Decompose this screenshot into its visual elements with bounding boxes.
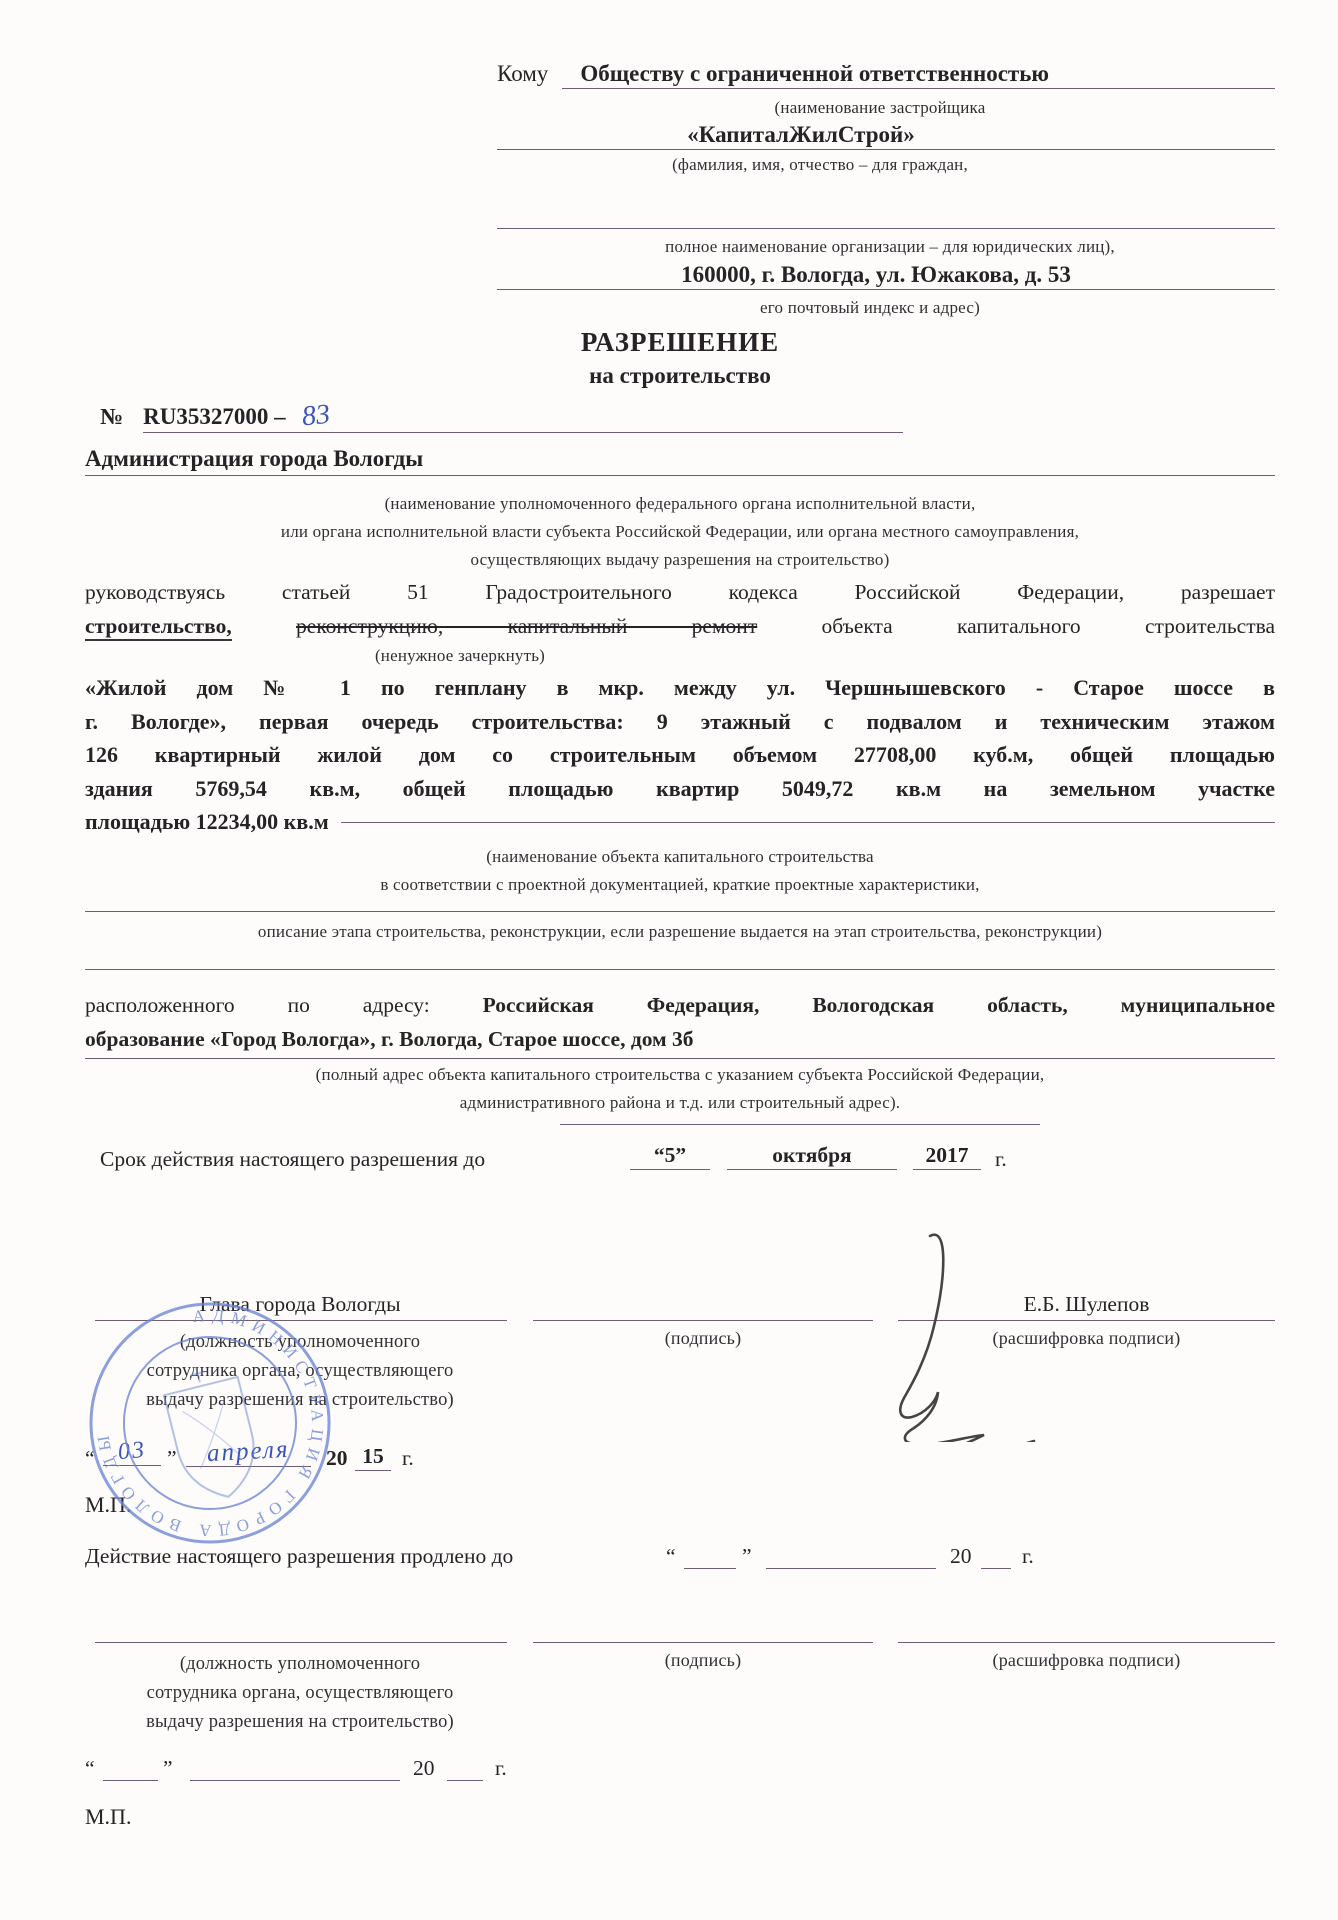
date1-quote-close: ” bbox=[167, 1444, 177, 1472]
address-line-2: образование «Город Вологда», г. Вологда,… bbox=[85, 1022, 1275, 1059]
stamp-place-note-1: М.П. bbox=[85, 1492, 131, 1518]
signature-line-position bbox=[95, 1320, 507, 1321]
ext-century: 20 bbox=[950, 1542, 972, 1570]
caption-postal: его почтовый индекс и адрес) bbox=[540, 297, 1200, 318]
position2-caption-1: (должность уполномоченного bbox=[85, 1650, 515, 1679]
handwritten-month: апреля bbox=[207, 1436, 291, 1468]
object-caption-1: (наименование объекта капитального строи… bbox=[85, 846, 1275, 867]
permit-number-handwritten: 83 bbox=[300, 399, 331, 434]
date2-quote-close: ” bbox=[163, 1754, 173, 1782]
signature-line-name-2 bbox=[898, 1642, 1275, 1643]
position-caption: (должность уполномоченного сотрудника ор… bbox=[85, 1328, 515, 1415]
section-rule bbox=[85, 911, 1275, 912]
ext-quote-open: “ bbox=[666, 1542, 676, 1570]
authority-caption-1: (наименование уполномоченного федерально… bbox=[85, 493, 1275, 514]
stamp-outer-ring bbox=[66, 1279, 355, 1568]
validity-month: октября bbox=[727, 1141, 897, 1170]
object-caption-2: в соответствии с проектной документацией… bbox=[85, 874, 1275, 895]
date1-century: 20 bbox=[326, 1444, 348, 1472]
action-struck: реконструкцию, капитальный ремонт bbox=[296, 614, 757, 638]
blank-field-line bbox=[341, 822, 1275, 823]
blank-field-line bbox=[497, 228, 1275, 229]
recipient-postal-address: 160000, г. Вологда, ул. Южакова, д. 53 bbox=[497, 261, 1275, 290]
blank-month-field-2 bbox=[190, 1754, 400, 1781]
validity-suffix: г. bbox=[995, 1145, 1007, 1173]
located-prefix: расположенного по адресу: bbox=[85, 993, 430, 1017]
ext-suffix: г. bbox=[1022, 1542, 1034, 1570]
position-caption-2: сотрудника органа, осуществляющего bbox=[85, 1357, 515, 1386]
signature-line-sign-2 bbox=[533, 1642, 873, 1643]
document-title: РАЗРЕШЕНИЕ bbox=[85, 327, 1275, 358]
object-line-1: «Жилой дом № 1 по генплану в мкр. между … bbox=[85, 671, 1275, 705]
permit-number-printed: RU35327000 – bbox=[143, 404, 285, 429]
caption-fullname: полное наименование организации – для юр… bbox=[520, 236, 1260, 257]
date1-quote-open: “ bbox=[85, 1444, 95, 1472]
signature-line-position-2 bbox=[95, 1642, 507, 1643]
authority-caption-3: осуществляющих выдачу разрешения на стро… bbox=[85, 549, 1275, 570]
stage-caption: описание этапа строительства, реконструк… bbox=[85, 921, 1275, 942]
official-name: Е.Б. Шулепов bbox=[898, 1290, 1275, 1318]
intro-line: руководствуясь статьей 51 Градостроитель… bbox=[85, 578, 1275, 606]
date1-month-handwritten: апреля bbox=[186, 1438, 311, 1467]
position2-caption-2: сотрудника органа, осуществляющего bbox=[85, 1679, 515, 1708]
authority-caption-2: или органа исполнительной власти субъект… bbox=[85, 521, 1275, 542]
date2-century: 20 bbox=[413, 1754, 435, 1782]
ext-quote-close: ” bbox=[742, 1542, 752, 1570]
section-rule bbox=[85, 969, 1275, 970]
number-sign: № bbox=[100, 403, 123, 431]
caption-person: (фамилия, имя, отчество – для граждан, bbox=[540, 154, 1100, 175]
object-line-2: г. Вологде», первая очередь строительств… bbox=[85, 705, 1275, 739]
official-position: Глава города Вологды bbox=[85, 1290, 515, 1318]
sign-caption: (подпись) bbox=[533, 1328, 873, 1349]
blank-field-line bbox=[560, 1124, 1040, 1125]
address-line-1: расположенного по адресу: Российская Фед… bbox=[85, 988, 1275, 1022]
name-caption-2: (расшифровка подписи) bbox=[898, 1650, 1275, 1671]
object-line-3: 126 квартирный жилой дом со строительным… bbox=[85, 738, 1275, 772]
position-caption-3: выдачу разрешения на строительство) bbox=[85, 1386, 515, 1415]
address-block: расположенного по адресу: Российская Фед… bbox=[85, 988, 1275, 1059]
date2-quote-open: “ bbox=[85, 1754, 95, 1782]
document-subtitle: на строительство bbox=[85, 363, 1275, 389]
object-description: «Жилой дом № 1 по генплану в мкр. между … bbox=[85, 671, 1275, 839]
address-caption-2: административного района и т.д. или стро… bbox=[85, 1092, 1275, 1113]
position-caption-2-block: (должность уполномоченного сотрудника ор… bbox=[85, 1650, 515, 1737]
blank-day-field bbox=[684, 1542, 736, 1569]
blank-year-field-2 bbox=[447, 1754, 483, 1781]
handwritten-day: 03 bbox=[117, 1437, 147, 1466]
signature-line-sign bbox=[533, 1320, 873, 1321]
recipient-row: Кому Обществу с ограниченной ответственн… bbox=[497, 60, 1275, 89]
sign-caption-2: (подпись) bbox=[533, 1650, 873, 1671]
object-line-5-text: площадью 12234,00 кв.м bbox=[85, 805, 329, 839]
recipient-org-type: Обществу с ограниченной ответственностью bbox=[562, 60, 1275, 89]
address-caption-1: (полный адрес объекта капитального строи… bbox=[85, 1064, 1275, 1085]
permit-document-page: Кому Обществу с ограниченной ответственн… bbox=[0, 0, 1338, 1920]
position2-caption-3: выдачу разрешения на строительство) bbox=[85, 1708, 515, 1737]
object-line-5: площадью 12234,00 кв.м bbox=[85, 805, 1275, 839]
validity-year: 2017 bbox=[913, 1141, 981, 1170]
validity-label: Срок действия настоящего разрешения до bbox=[100, 1145, 485, 1173]
extension-label: Действие настоящего разрешения продлено … bbox=[85, 1542, 513, 1570]
strike-note: (ненужное зачеркнуть) bbox=[320, 645, 600, 666]
to-label: Кому bbox=[497, 60, 548, 88]
located-line-1: Российская Федерация, Вологодская област… bbox=[483, 993, 1275, 1017]
stamp-place-note-2: М.П. bbox=[85, 1804, 131, 1830]
date1-day-handwritten: 03 bbox=[103, 1438, 161, 1466]
stamp-ring-text: АДМИНИСТРАЦИЯ ГОРОДА ВОЛОГДЫ bbox=[68, 1281, 352, 1565]
name-caption: (расшифровка подписи) bbox=[898, 1328, 1275, 1349]
blank-year-field bbox=[981, 1542, 1011, 1569]
date1-year: 15 bbox=[355, 1442, 391, 1471]
date2-suffix: г. bbox=[495, 1754, 507, 1782]
permit-number-row: № RU35327000 – 83 bbox=[100, 400, 903, 433]
authority-name: Администрация города Вологды bbox=[85, 446, 1275, 476]
date1-suffix: г. bbox=[402, 1444, 414, 1472]
action-kept: строительство, bbox=[85, 614, 232, 641]
action-line: строительство, реконструкцию, капитальны… bbox=[85, 612, 1275, 640]
permit-number-field: RU35327000 – 83 bbox=[143, 400, 903, 433]
position-caption-1: (должность уполномоченного bbox=[85, 1328, 515, 1357]
signature-line-name bbox=[898, 1320, 1275, 1321]
action-tail: объекта капитального строительства bbox=[822, 614, 1275, 638]
caption-builder-name: (наименование застройщика bbox=[600, 97, 1160, 118]
validity-day: “5” bbox=[630, 1141, 710, 1170]
blank-month-field bbox=[766, 1542, 936, 1569]
object-line-4: здания 5769,54 кв.м, общей площадью квар… bbox=[85, 772, 1275, 806]
blank-day-field-2 bbox=[103, 1754, 158, 1781]
recipient-org-name: «КапиталЖилСтрой» bbox=[497, 121, 1275, 150]
